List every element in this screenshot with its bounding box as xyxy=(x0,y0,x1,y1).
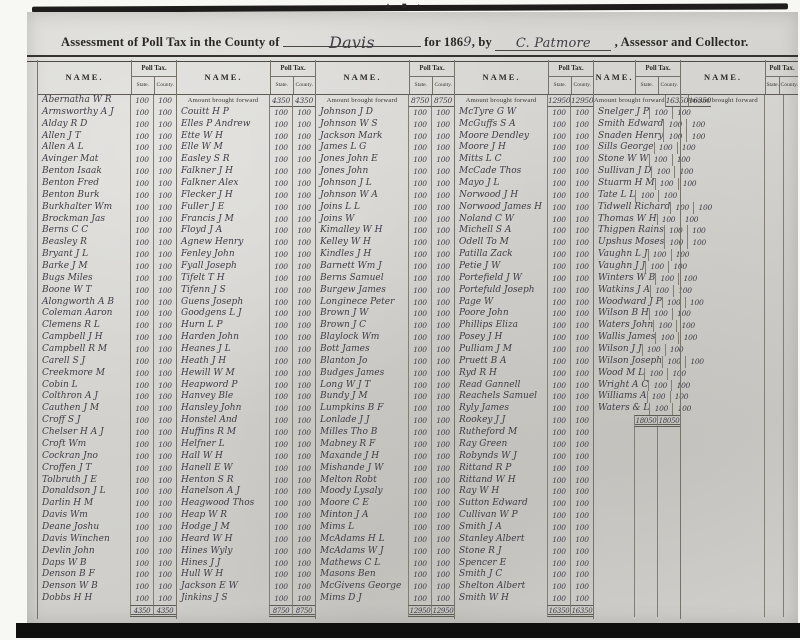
ledger-row: Brockman Jas100100 xyxy=(38,214,176,226)
state-tax-value: 100 xyxy=(408,142,431,154)
name-cell xyxy=(681,285,764,297)
county-tax-value xyxy=(783,297,798,309)
state-tax-value xyxy=(634,451,657,463)
column-header-poll-tax: Poll Tax. xyxy=(766,60,798,77)
taxpayer-name: Goodgens L J xyxy=(177,308,269,320)
ledger-row xyxy=(681,380,798,392)
county-tax-value: 100 xyxy=(153,439,176,451)
taxpayer-name: Upshus Moses xyxy=(594,237,664,249)
name-cell xyxy=(594,475,634,487)
state-tax-value: 8750 xyxy=(408,95,431,107)
taxpayer-name: Bryant J L xyxy=(38,249,130,261)
ledger-column-1: NAME.Poll Tax.State.County.Abernatha W R… xyxy=(37,60,176,619)
county-tax-value: 100 xyxy=(292,119,315,131)
state-tax-value: 100 xyxy=(130,273,153,285)
county-tax-value: 100 xyxy=(431,380,454,392)
state-tax-value: 100 xyxy=(269,522,292,534)
ledger-row xyxy=(681,522,798,534)
state-tax-value: 100 xyxy=(547,107,570,119)
ledger-row: Kimalley W H100100 xyxy=(316,225,454,237)
taxpayer-name: Hanvey Ble xyxy=(177,391,269,403)
state-tax-value: 100 xyxy=(269,403,292,415)
state-tax-value: 100 xyxy=(547,332,570,344)
name-cell xyxy=(681,569,764,581)
taxpayer-name: Armsworthy A J xyxy=(38,107,130,119)
county-tax-value xyxy=(783,178,798,190)
state-tax-value: 100 xyxy=(130,593,153,605)
taxpayer-name: Hull W H xyxy=(177,569,269,581)
state-tax-value xyxy=(764,178,783,190)
taxpayer-name: Moody Lysaly xyxy=(316,486,408,498)
county-tax-value: 100 xyxy=(570,154,593,166)
taxpayer-name: Kindles J H xyxy=(316,249,408,261)
ledger-row xyxy=(681,273,798,285)
ledger-row: Hall W H100100 xyxy=(177,451,315,463)
ledger-row: Brown J W100100 xyxy=(316,308,454,320)
ledger-row xyxy=(681,285,798,297)
county-tax-value: 100 xyxy=(431,427,454,439)
state-tax-value xyxy=(764,498,783,510)
taxpayer-name: Stone R J xyxy=(455,546,547,558)
taxpayer-name: Hanelson A J xyxy=(177,486,269,498)
county-tax-value: 100 xyxy=(570,332,593,344)
state-tax-value: 100 xyxy=(269,581,292,593)
ledger-row: Goodgens L J100100 xyxy=(177,308,315,320)
ledger-row: Davis Wm100100 xyxy=(38,510,176,522)
county-tax-value: 100 xyxy=(431,214,454,226)
state-tax-value: 100 xyxy=(408,558,431,570)
ledger-row xyxy=(594,427,680,439)
ledger-row xyxy=(594,569,680,581)
ledger-row: Avinger Mat100100 xyxy=(38,154,176,166)
county-tax-value: 100 xyxy=(570,237,593,249)
county-tax-value: 100 xyxy=(431,593,454,605)
ledger-row: Kindles J H100100 xyxy=(316,249,454,261)
name-cell xyxy=(681,202,764,214)
taxpayer-name: Denson B F xyxy=(38,569,130,581)
taxpayer-name: Lonlade J J xyxy=(316,415,408,427)
taxpayer-name: Ryly James xyxy=(455,403,547,415)
ledger-row: Petie J W100100 xyxy=(455,261,593,273)
taxpayer-name: Burgew James xyxy=(316,285,408,297)
ledger-row: Rittand W H100100 xyxy=(455,475,593,487)
county-tax-value xyxy=(783,285,798,297)
county-tax-value: 100 xyxy=(292,534,315,546)
page-marker: ▲ ■ ▵ xyxy=(384,1,425,10)
name-cell xyxy=(316,605,408,617)
state-tax-value: 100 xyxy=(408,593,431,605)
taxpayer-name: Smith W H xyxy=(455,593,547,605)
county-tax-value: 100 xyxy=(570,569,593,581)
ledger-row: Wallis James100100 xyxy=(594,332,680,344)
taxpayer-name: Norwood J H xyxy=(455,190,547,202)
ledger-row: Croffen J T100100 xyxy=(38,463,176,475)
state-tax-value: 100 xyxy=(130,475,153,487)
ledger-row: Heapword P100100 xyxy=(177,380,315,392)
county-tax-value: 100 xyxy=(431,225,454,237)
state-tax-value: 100 xyxy=(269,166,292,178)
column-header-poll-tax: Poll Tax. xyxy=(410,60,454,77)
taxpayer-name: Mayo J L xyxy=(455,178,547,190)
county-tax-value: 100 xyxy=(431,308,454,320)
county-tax-value: 100 xyxy=(570,225,593,237)
ledger-row: Phillips Eliza100100 xyxy=(455,320,593,332)
state-tax-value: 100 xyxy=(269,142,292,154)
state-tax-value xyxy=(634,534,657,546)
county-tax-value xyxy=(783,119,798,131)
name-cell xyxy=(681,486,764,498)
state-tax-value: 100 xyxy=(408,344,431,356)
state-tax-value xyxy=(764,142,783,154)
state-tax-value: 100 xyxy=(547,593,570,605)
ledger-row: Moore Dendley100100 xyxy=(455,131,593,143)
ledger-row: Helfner L100100 xyxy=(177,439,315,451)
taxpayer-name: Campbell J H xyxy=(38,332,130,344)
ledger-row: Pulliam J M100100 xyxy=(455,344,593,356)
ledger-row xyxy=(681,510,798,522)
county-tax-value: 100 xyxy=(292,593,315,605)
taxpayer-name: Page W xyxy=(455,297,547,309)
ledger-row: Tate L L100100 xyxy=(594,190,680,202)
county-tax-value: 100 xyxy=(292,131,315,143)
state-tax-value: 100 xyxy=(269,569,292,581)
ledger-row xyxy=(681,569,798,581)
name-cell xyxy=(681,119,764,131)
state-tax-value: 100 xyxy=(408,273,431,285)
ledger-row: Rittand R P100100 xyxy=(455,463,593,475)
taxpayer-name: Johnson J D xyxy=(316,107,408,119)
county-tax-value: 100 xyxy=(431,415,454,427)
state-tax-value: 100 xyxy=(130,166,153,178)
state-tax-value xyxy=(764,558,783,570)
state-tax-value: 100 xyxy=(408,178,431,190)
name-cell xyxy=(594,569,634,581)
ledger-row: Stone W W100100 xyxy=(594,154,680,166)
taxpayer-name: Thomas W H xyxy=(594,214,657,226)
state-tax-value xyxy=(764,415,783,427)
county-tax-value: 100 xyxy=(292,546,315,558)
county-tax-value xyxy=(783,214,798,226)
state-tax-value: 100 xyxy=(269,486,292,498)
county-tax-value: 8750 xyxy=(431,95,454,107)
ledger-row: Snelger J P100100 xyxy=(594,107,680,119)
taxpayer-name: Deane Joshu xyxy=(38,522,130,534)
taxpayer-name: Posey J H xyxy=(455,332,547,344)
state-tax-value: 100 xyxy=(130,510,153,522)
county-tax-value: 100 xyxy=(570,107,593,119)
taxpayer-name: Hines Wyly xyxy=(177,546,269,558)
county-tax-value xyxy=(783,261,798,273)
county-tax-value: 100 xyxy=(153,356,176,368)
taxpayer-name: Rookey J J xyxy=(455,415,547,427)
column-body: Amount brought forward1635016350Snelger … xyxy=(594,95,680,619)
state-tax-value xyxy=(764,546,783,558)
state-tax-value: 100 xyxy=(408,320,431,332)
ledger-row: Smith Edward100100 xyxy=(594,119,680,131)
ledger-row: Denson B F100100 xyxy=(38,569,176,581)
county-tax-value: 100 xyxy=(570,498,593,510)
column-header-county: County. xyxy=(154,77,177,94)
state-tax-value: 100 xyxy=(269,273,292,285)
state-tax-value: 100 xyxy=(408,415,431,427)
state-tax-value xyxy=(764,391,783,403)
ledger-row: Dobbs H H100100 xyxy=(38,593,176,605)
column-header-poll-tax: Poll Tax. xyxy=(132,60,176,77)
state-tax-value: 100 xyxy=(130,463,153,475)
taxpayer-name: Milles Tho B xyxy=(316,427,408,439)
taxpayer-name: Longinece Peter xyxy=(316,297,408,309)
ledger-row: Barke J M100100 xyxy=(38,261,176,273)
ledger-row xyxy=(681,356,798,368)
state-tax-value: 100 xyxy=(547,569,570,581)
ledger-row: Snaden Henry100100 xyxy=(594,131,680,143)
ledger-row: Tifenn J S100100 xyxy=(177,285,315,297)
state-tax-value xyxy=(764,166,783,178)
county-tax-value: 100 xyxy=(570,119,593,131)
name-cell xyxy=(681,249,764,261)
ledger-row: Rutheford M100100 xyxy=(455,427,593,439)
ledger-row xyxy=(681,391,798,403)
state-tax-value xyxy=(764,368,783,380)
county-tax-value: 100 xyxy=(292,249,315,261)
name-cell xyxy=(681,605,764,617)
ledger-row xyxy=(681,332,798,344)
column-body: Amount brought forward43504350Couitt H P… xyxy=(177,95,315,619)
poll-tax-header-group: Poll Tax.State.County. xyxy=(270,60,315,94)
taxpayer-name: Harden John xyxy=(177,332,269,344)
ledger-row: Cobin L100100 xyxy=(38,380,176,392)
ledger-row: Mishande J W100100 xyxy=(316,463,454,475)
taxpayer-name: Long W J T xyxy=(316,380,408,392)
state-tax-value: 4350 xyxy=(269,95,292,107)
ledger-row xyxy=(594,439,680,451)
ledger-row: Davis Winchen100100 xyxy=(38,534,176,546)
ledger-row: Hansley John100100 xyxy=(177,403,315,415)
ledger-row: Jones John100100 xyxy=(316,166,454,178)
state-tax-value xyxy=(634,569,657,581)
taxpayer-name: Hall W H xyxy=(177,451,269,463)
taxpayer-name: Avinger Mat xyxy=(38,154,130,166)
county-tax-value: 100 xyxy=(292,368,315,380)
state-tax-value: 100 xyxy=(269,546,292,558)
county-tax-value: 100 xyxy=(431,403,454,415)
state-tax-value xyxy=(764,154,783,166)
ledger-row: Hanell E W100100 xyxy=(177,463,315,475)
ledger-row: Chelser H A J100100 xyxy=(38,427,176,439)
ledger-row xyxy=(681,427,798,439)
state-tax-value: 100 xyxy=(269,427,292,439)
taxpayer-name: Heard W H xyxy=(177,534,269,546)
state-tax-value: 100 xyxy=(408,569,431,581)
ledger-row: Amount brought forward xyxy=(681,95,798,107)
ledger-row: 43504350 xyxy=(38,605,176,617)
ledger-row xyxy=(681,486,798,498)
taxpayer-name: Darlin H M xyxy=(38,498,130,510)
state-tax-value xyxy=(634,498,657,510)
name-cell xyxy=(681,107,764,119)
state-tax-value: 12950 xyxy=(547,95,570,107)
county-tax-total: 12950 xyxy=(431,605,454,617)
ledger-row: Donaldson J L100100 xyxy=(38,486,176,498)
column-header-state: State. xyxy=(766,77,779,94)
ledger-row: McCade Thos100100 xyxy=(455,166,593,178)
taxpayer-name: Bott James xyxy=(316,344,408,356)
state-tax-value: 100 xyxy=(130,451,153,463)
county-tax-value xyxy=(657,427,680,439)
state-tax-value: 100 xyxy=(130,214,153,226)
name-cell xyxy=(681,546,764,558)
taxpayer-name: Flecker J H xyxy=(177,190,269,202)
county-tax-value: 100 xyxy=(153,593,176,605)
ledger-row xyxy=(681,546,798,558)
name-cell xyxy=(681,356,764,368)
taxpayer-name: Tate L L xyxy=(594,190,635,202)
state-tax-value: 100 xyxy=(269,154,292,166)
ledger-row: McGuffs S A100100 xyxy=(455,119,593,131)
county-tax-value xyxy=(783,451,798,463)
poll-tax-header-group: Poll Tax.State.County. xyxy=(548,60,593,94)
state-tax-value: 100 xyxy=(130,415,153,427)
county-tax-value: 100 xyxy=(570,486,593,498)
state-tax-value: 100 xyxy=(130,308,153,320)
state-tax-value xyxy=(764,202,783,214)
taxpayer-name: Sullivan J D xyxy=(594,166,651,178)
taxpayer-name: Wright A C xyxy=(594,380,648,392)
name-cell xyxy=(681,427,764,439)
county-tax-value xyxy=(783,273,798,285)
taxpayer-name: Jones John E xyxy=(316,154,408,166)
state-tax-value: 100 xyxy=(130,403,153,415)
ledger-row xyxy=(681,202,798,214)
county-tax-value: 100 xyxy=(153,154,176,166)
county-tax-value xyxy=(783,486,798,498)
county-tax-value xyxy=(783,249,798,261)
column-header-county: County. xyxy=(293,77,316,94)
assessor-field: C. Patmore xyxy=(495,35,611,51)
county-tax-value: 100 xyxy=(292,391,315,403)
brought-forward-label: Amount brought forward xyxy=(455,95,547,107)
county-tax-value: 100 xyxy=(431,463,454,475)
ledger-row xyxy=(681,308,798,320)
title-prefix: Assessment of Poll Tax in the County of xyxy=(61,35,280,49)
county-tax-value: 100 xyxy=(153,249,176,261)
state-tax-value xyxy=(764,285,783,297)
county-tax-value: 100 xyxy=(292,142,315,154)
ledger-row: Williams A100100 xyxy=(594,391,680,403)
ledger-row: Cauthen J M100100 xyxy=(38,403,176,415)
state-tax-total: 18050 xyxy=(634,415,657,427)
county-tax-value xyxy=(657,486,680,498)
ledger-row xyxy=(681,463,798,475)
county-tax-value: 100 xyxy=(431,344,454,356)
taxpayer-name: Denson W B xyxy=(38,581,130,593)
county-tax-value xyxy=(783,320,798,332)
county-tax-value: 100 xyxy=(570,178,593,190)
taxpayer-name: Alday R D xyxy=(38,119,130,131)
county-tax-value xyxy=(783,154,798,166)
name-cell xyxy=(681,297,764,309)
ledger-row: Daps W B100100 xyxy=(38,558,176,570)
county-tax-value xyxy=(783,510,798,522)
state-tax-value: 100 xyxy=(269,593,292,605)
county-tax-value: 100 xyxy=(292,558,315,570)
state-tax-value: 100 xyxy=(269,510,292,522)
county-tax-value xyxy=(783,498,798,510)
column-header: NAME.Poll Tax.State.County. xyxy=(455,60,593,95)
column-header: NAME.Poll Tax.State.County. xyxy=(681,60,798,95)
state-tax-value: 100 xyxy=(408,131,431,143)
state-tax-value: 100 xyxy=(408,510,431,522)
taxpayer-name: Sutton Edward xyxy=(455,498,547,510)
taxpayer-name: Joins L L xyxy=(316,202,408,214)
state-tax-value: 100 xyxy=(655,178,678,190)
ledger-row: Blanton Jo100100 xyxy=(316,356,454,368)
brought-forward-label: Amount brought forward xyxy=(594,95,665,107)
taxpayer-name: James L G xyxy=(316,142,408,154)
county-tax-value: 100 xyxy=(431,486,454,498)
state-tax-value: 100 xyxy=(547,368,570,380)
column-header-name: NAME. xyxy=(316,60,409,94)
ledger-row: Portefuld Joseph100100 xyxy=(455,285,593,297)
ledger-row xyxy=(594,475,680,487)
taxpayer-name: Moore Dendley xyxy=(455,131,547,143)
year-digit-handwritten: 9 xyxy=(463,35,471,50)
ledger-row: Boone W T100100 xyxy=(38,285,176,297)
county-tax-value: 100 xyxy=(570,273,593,285)
title-for-label: for 186 xyxy=(424,35,463,49)
column-header-poll-tax: Poll Tax. xyxy=(271,60,315,77)
state-tax-value: 100 xyxy=(269,202,292,214)
state-tax-value: 100 xyxy=(408,427,431,439)
state-tax-value: 100 xyxy=(651,166,674,178)
ledger-row: Fuller J E100100 xyxy=(177,202,315,214)
ledger-row: McGivens George100100 xyxy=(316,581,454,593)
ledger-row: Alday R D100100 xyxy=(38,119,176,131)
taxpayer-name: Croft Wm xyxy=(38,439,130,451)
county-tax-value: 100 xyxy=(431,320,454,332)
ledger-row xyxy=(681,214,798,226)
taxpayer-name: McCade Thos xyxy=(455,166,547,178)
taxpayer-name: Joins W xyxy=(316,214,408,226)
column-header: NAME.Poll Tax.State.County. xyxy=(38,60,176,95)
county-tax-value: 100 xyxy=(153,498,176,510)
state-tax-value: 100 xyxy=(408,190,431,202)
taxpayer-name: Williams A xyxy=(594,391,647,403)
state-tax-value: 100 xyxy=(408,391,431,403)
taxpayer-name: McAdams H L xyxy=(316,534,408,546)
taxpayer-name: Michell S A xyxy=(455,225,547,237)
county-tax-value xyxy=(783,581,798,593)
taxpayer-name: Stuarm H M xyxy=(594,178,655,190)
state-tax-value: 100 xyxy=(408,297,431,309)
taxpayer-name: Jackson Mark xyxy=(316,131,408,143)
county-tax-total: 8750 xyxy=(292,605,315,617)
ledger-row: Fyall Joseph100100 xyxy=(177,261,315,273)
state-tax-value xyxy=(764,486,783,498)
ledger-row: Benton Burk100100 xyxy=(38,190,176,202)
county-tax-value: 100 xyxy=(570,320,593,332)
state-tax-total: 16350 xyxy=(547,605,570,617)
brought-forward-label: Amount brought forward xyxy=(177,95,269,107)
state-tax-value xyxy=(764,569,783,581)
state-tax-value: 100 xyxy=(547,285,570,297)
state-tax-value: 100 xyxy=(547,510,570,522)
state-tax-value: 100 xyxy=(269,344,292,356)
county-tax-value: 100 xyxy=(570,261,593,273)
county-tax-value: 100 xyxy=(431,178,454,190)
state-tax-value: 100 xyxy=(269,463,292,475)
taxpayer-name: McGuffs S A xyxy=(455,119,547,131)
